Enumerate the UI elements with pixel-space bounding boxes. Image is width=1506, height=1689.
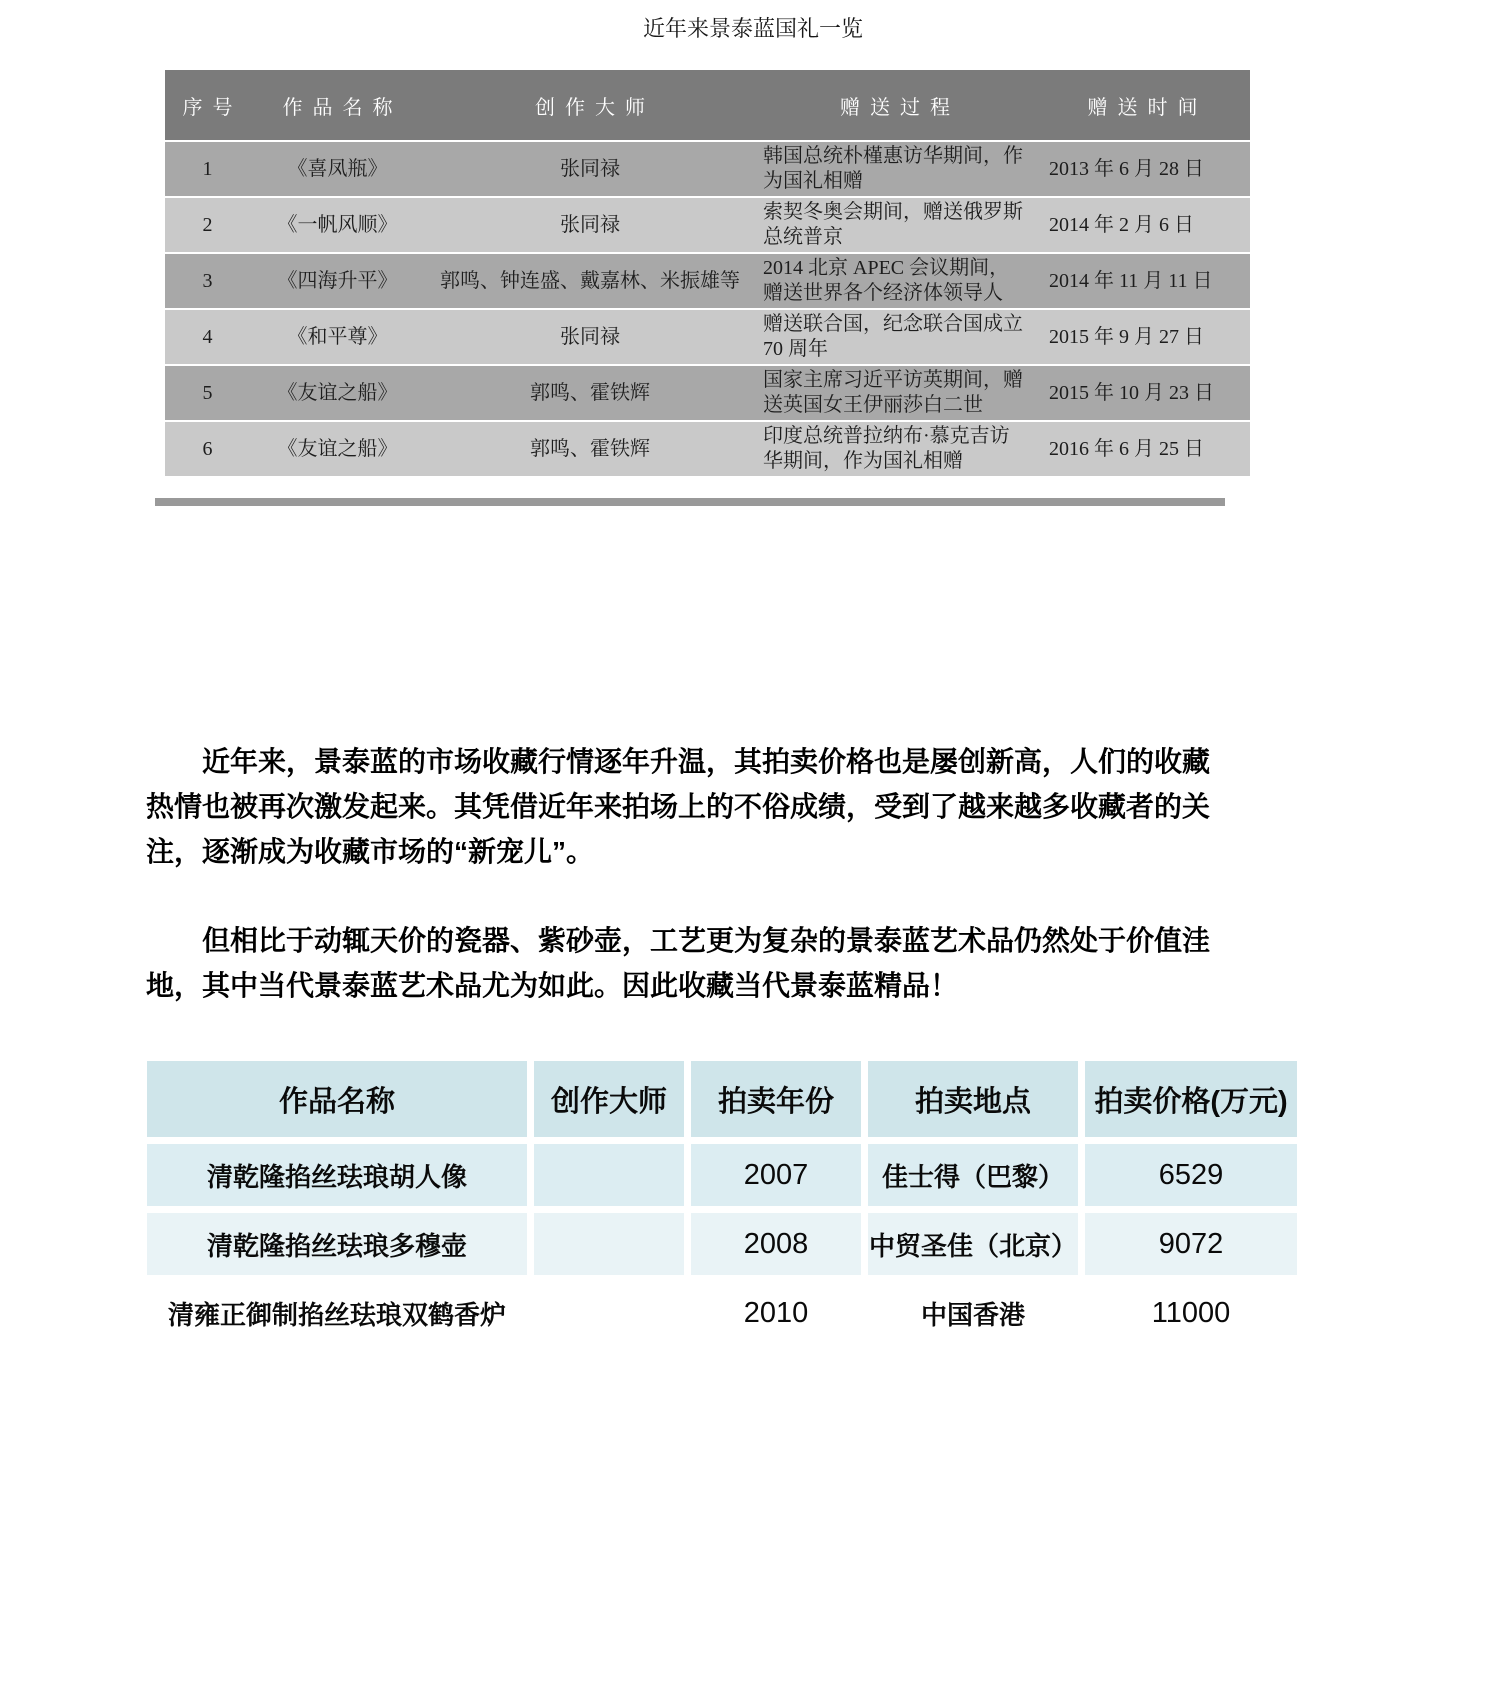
page-title: 近年来景泰蓝国礼一览 — [0, 0, 1506, 44]
gift-cell-name: 《和平尊》 — [250, 310, 425, 364]
gift-table-body: 1 《喜凤瓶》 张同禄 韩国总统朴槿惠访华期间，作为国礼相赠 2013 年 6 … — [165, 142, 1250, 476]
auction-cell-year: 2008 — [691, 1213, 861, 1275]
auction-cell-place: 佳士得（巴黎） — [868, 1144, 1078, 1206]
gift-cell-process: 印度总统普拉纳布·慕克吉访华期间，作为国礼相赠 — [755, 422, 1035, 476]
gift-cell-process: 赠送联合国，纪念联合国成立 70 周年 — [755, 310, 1035, 364]
document-page: { "title": "近年来景泰蓝国礼一览", "gift_table": {… — [0, 0, 1506, 1689]
gift-cell-date: 2014 年 11 月 11 日 — [1035, 254, 1250, 308]
auction-cell-name: 清雍正御制掐丝珐琅双鹤香炉 — [147, 1282, 527, 1344]
gift-cell-no: 5 — [165, 366, 250, 420]
auction-header-place: 拍卖地点 — [868, 1061, 1078, 1137]
gift-header-master: 创作大师 — [425, 70, 755, 140]
gift-table-header: 序号 作品名称 创作大师 赠送过程 赠送时间 — [165, 70, 1250, 140]
auction-table-header: 作品名称 创作大师 拍卖年份 拍卖地点 拍卖价格(万元) — [147, 1061, 1297, 1137]
auction-header-price: 拍卖价格(万元) — [1085, 1061, 1297, 1137]
auction-cell-price: 11000 — [1085, 1282, 1297, 1344]
auction-table-body: 清乾隆掐丝珐琅胡人像 2007 佳士得（巴黎） 6529 清乾隆掐丝珐琅多穆壶 … — [147, 1144, 1297, 1344]
gift-cell-name: 《喜凤瓶》 — [250, 142, 425, 196]
auction-cell-master — [534, 1282, 684, 1344]
gift-cell-date: 2013 年 6 月 28 日 — [1035, 142, 1250, 196]
gift-table-row: 3 《四海升平》 郭鸣、钟连盛、戴嘉林、米振雄等 2014 北京 APEC 会议… — [165, 254, 1250, 308]
gift-cell-master: 张同禄 — [425, 142, 755, 196]
gift-table-row: 5 《友谊之船》 郭鸣、霍铁辉 国家主席习近平访英期间，赠送英国女王伊丽莎白二世… — [165, 366, 1250, 420]
auction-table-row: 清乾隆掐丝珐琅多穆壶 2008 中贸圣佳（北京） 9072 — [147, 1213, 1297, 1275]
gift-cell-name: 《一帆风顺》 — [250, 198, 425, 252]
gift-cell-process: 2014 北京 APEC 会议期间，赠送世界各个经济体领导人 — [755, 254, 1035, 308]
gift-cell-master: 郭鸣、钟连盛、戴嘉林、米振雄等 — [425, 254, 755, 308]
auction-header-row: 作品名称 创作大师 拍卖年份 拍卖地点 拍卖价格(万元) — [147, 1061, 1297, 1137]
gift-cell-no: 4 — [165, 310, 250, 364]
auction-table: 作品名称 创作大师 拍卖年份 拍卖地点 拍卖价格(万元) 清乾隆掐丝珐琅胡人像 … — [140, 1054, 1304, 1351]
auction-cell-price: 9072 — [1085, 1213, 1297, 1275]
gift-cell-master: 郭鸣、霍铁辉 — [425, 366, 755, 420]
auction-header-name: 作品名称 — [147, 1061, 527, 1137]
gift-cell-date: 2016 年 6 月 25 日 — [1035, 422, 1250, 476]
auction-cell-year: 2007 — [691, 1144, 861, 1206]
gift-cell-no: 3 — [165, 254, 250, 308]
auction-header-master: 创作大师 — [534, 1061, 684, 1137]
gift-table: 序号 作品名称 创作大师 赠送过程 赠送时间 1 《喜凤瓶》 张同禄 韩国总统朴… — [165, 68, 1250, 478]
gift-header-process: 赠送过程 — [755, 70, 1035, 140]
auction-cell-name: 清乾隆掐丝珐琅胡人像 — [147, 1144, 527, 1206]
auction-cell-master — [534, 1144, 684, 1206]
gift-table-row: 6 《友谊之船》 郭鸣、霍铁辉 印度总统普拉纳布·慕克吉访华期间，作为国礼相赠 … — [165, 422, 1250, 476]
gift-cell-name: 《四海升平》 — [250, 254, 425, 308]
gift-cell-process: 索契冬奥会期间，赠送俄罗斯总统普京 — [755, 198, 1035, 252]
gift-table-row: 1 《喜凤瓶》 张同禄 韩国总统朴槿惠访华期间，作为国礼相赠 2013 年 6 … — [165, 142, 1250, 196]
article-body: 近年来，景泰蓝的市场收藏行情逐年升温，其拍卖价格也是屡创新高，人们的收藏热情也被… — [146, 739, 1506, 1008]
auction-table-row: 清雍正御制掐丝珐琅双鹤香炉 2010 中国香港 11000 — [147, 1282, 1297, 1344]
gift-cell-no: 2 — [165, 198, 250, 252]
paragraph-market-trend: 近年来，景泰蓝的市场收藏行情逐年升温，其拍卖价格也是屡创新高，人们的收藏热情也被… — [146, 739, 1226, 874]
auction-cell-price: 6529 — [1085, 1144, 1297, 1206]
gift-cell-name: 《友谊之船》 — [250, 422, 425, 476]
auction-table-row: 清乾隆掐丝珐琅胡人像 2007 佳士得（巴黎） 6529 — [147, 1144, 1297, 1206]
gift-cell-process: 韩国总统朴槿惠访华期间，作为国礼相赠 — [755, 142, 1035, 196]
auction-cell-place: 中贸圣佳（北京） — [868, 1213, 1078, 1275]
paragraph-value-gap: 但相比于动辄天价的瓷器、紫砂壶，工艺更为复杂的景泰蓝艺术品仍然处于价值洼地，其中… — [146, 918, 1226, 1008]
gift-header-date: 赠送时间 — [1035, 70, 1250, 140]
gift-cell-no: 6 — [165, 422, 250, 476]
gift-cell-process: 国家主席习近平访英期间，赠送英国女王伊丽莎白二世 — [755, 366, 1035, 420]
gift-header-no: 序号 — [165, 70, 250, 140]
gift-cell-date: 2015 年 10 月 23 日 — [1035, 366, 1250, 420]
gift-header-row: 序号 作品名称 创作大师 赠送过程 赠送时间 — [165, 70, 1250, 140]
auction-header-year: 拍卖年份 — [691, 1061, 861, 1137]
gift-table-row: 2 《一帆风顺》 张同禄 索契冬奥会期间，赠送俄罗斯总统普京 2014 年 2 … — [165, 198, 1250, 252]
gift-table-row: 4 《和平尊》 张同禄 赠送联合国，纪念联合国成立 70 周年 2015 年 9… — [165, 310, 1250, 364]
gift-cell-date: 2014 年 2 月 6 日 — [1035, 198, 1250, 252]
gift-cell-name: 《友谊之船》 — [250, 366, 425, 420]
gift-cell-master: 张同禄 — [425, 310, 755, 364]
gift-cell-master: 郭鸣、霍铁辉 — [425, 422, 755, 476]
auction-cell-name: 清乾隆掐丝珐琅多穆壶 — [147, 1213, 527, 1275]
auction-cell-place: 中国香港 — [868, 1282, 1078, 1344]
gift-cell-no: 1 — [165, 142, 250, 196]
gift-cell-date: 2015 年 9 月 27 日 — [1035, 310, 1250, 364]
gift-cell-master: 张同禄 — [425, 198, 755, 252]
gift-header-name: 作品名称 — [250, 70, 425, 140]
auction-cell-year: 2010 — [691, 1282, 861, 1344]
section-divider — [155, 498, 1225, 506]
auction-cell-master — [534, 1213, 684, 1275]
